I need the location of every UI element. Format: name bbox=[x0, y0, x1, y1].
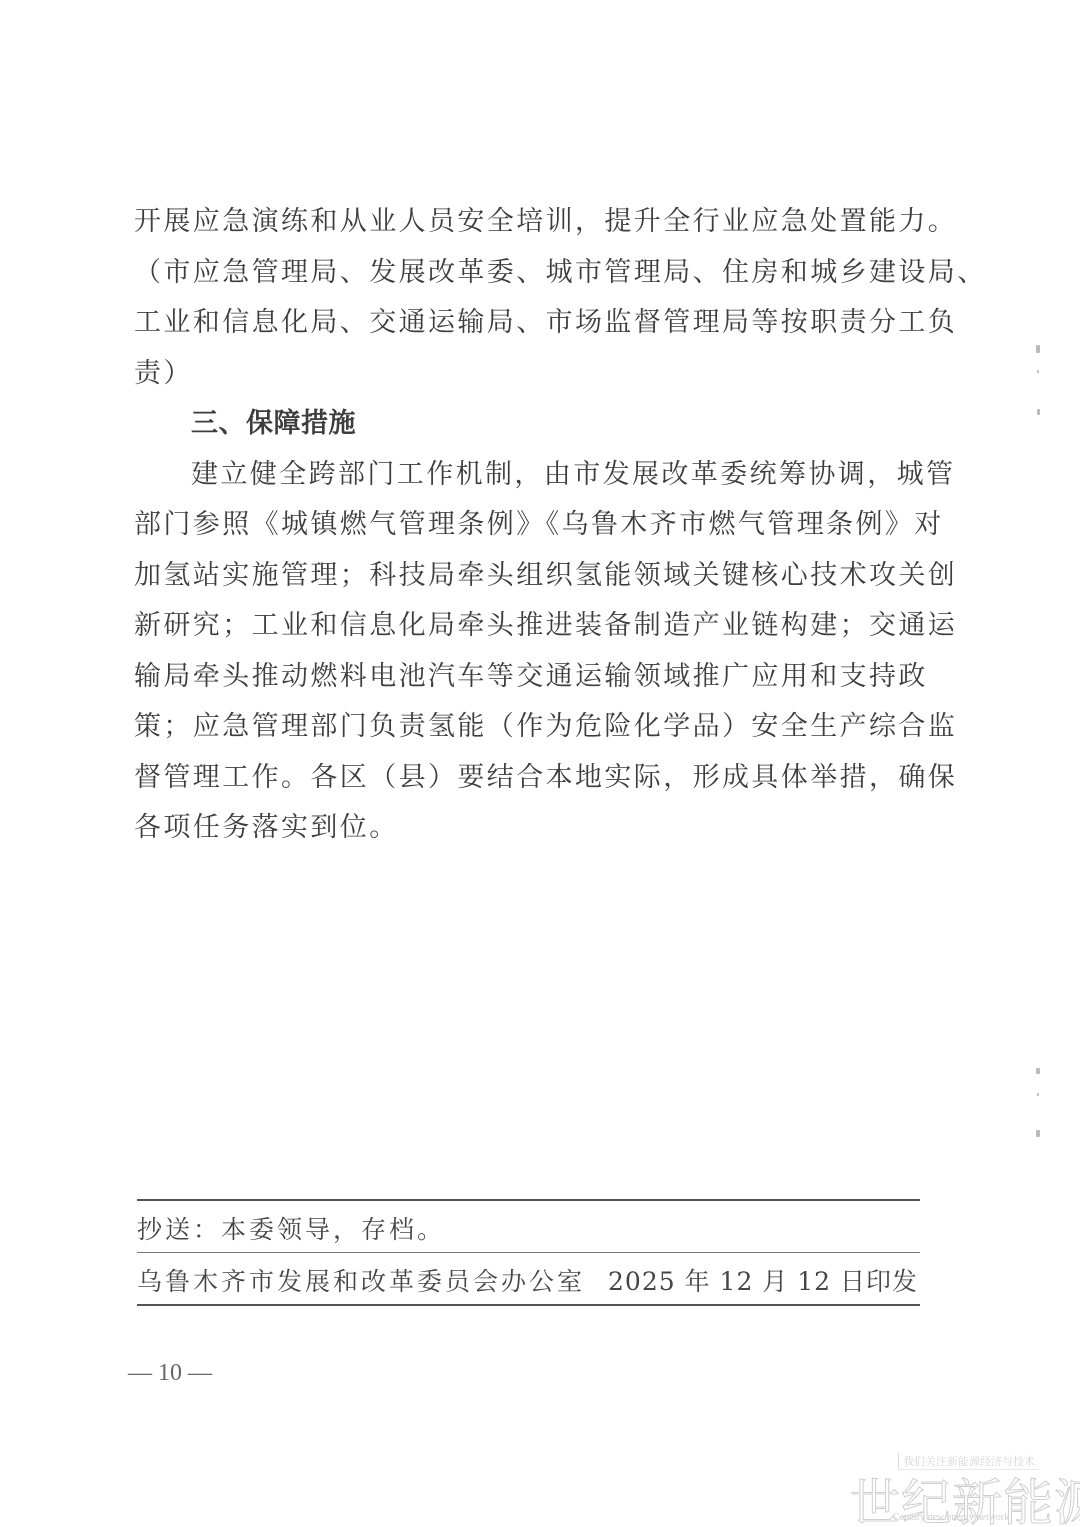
scan-speck bbox=[1036, 1130, 1040, 1137]
page-number: — 10 — bbox=[128, 1360, 212, 1387]
scan-speck bbox=[1036, 1068, 1040, 1074]
text-line: 新研究；工业和信息化局牵头推进装备制造产业链构建；交通运 bbox=[134, 601, 930, 652]
section-heading: 三、保障措施 bbox=[134, 399, 930, 450]
watermark-english: Century new energy network bbox=[893, 1512, 1009, 1523]
text-line: 各项任务落实到位。 bbox=[134, 803, 930, 854]
footer-top-rule bbox=[137, 1199, 920, 1201]
text-line: 工业和信息化局、交通运输局、市场监督管理局等按职责分工负 bbox=[134, 298, 930, 349]
text-line: 开展应急演练和从业人员安全培训，提升全行业应急处置能力。 bbox=[134, 197, 930, 248]
text-line: 部门参照《城镇燃气管理条例》《乌鲁木齐市燃气管理条例》对 bbox=[134, 500, 930, 551]
continuation-paragraph: 开展应急演练和从业人员安全培训，提升全行业应急处置能力。 （市应急管理局、发展改… bbox=[134, 197, 930, 854]
scan-speck bbox=[1037, 409, 1040, 415]
text-line: 责） bbox=[134, 349, 930, 400]
text-line: 建立健全跨部门工作机制，由市发展改革委统筹协调，城管 bbox=[134, 450, 930, 501]
text-line: 加氢站实施管理；科技局牵头组织氢能领域关键核心技术攻关创 bbox=[134, 551, 930, 602]
issuing-office: 乌鲁木齐市发展和改革委员会办公室 bbox=[137, 1262, 585, 1298]
text-line: 输局牵头推动燃料电池汽车等交通运输领域推广应用和支持政 bbox=[134, 652, 930, 703]
text-line: 策；应急管理部门负责氢能（作为危险化学品）安全生产综合监 bbox=[134, 702, 930, 753]
issue-date: 2025 年 12 月 12 日印发 bbox=[608, 1262, 918, 1298]
scan-speck bbox=[1037, 1093, 1039, 1096]
footer-bottom-rule bbox=[137, 1304, 920, 1306]
text-line: （市应急管理局、发展改革委、城市管理局、住房和城乡建设局、 bbox=[134, 248, 930, 299]
scan-speck bbox=[1037, 370, 1039, 373]
footer-middle-rule bbox=[137, 1252, 920, 1253]
text-line: 督管理工作。各区（县）要结合本地实际，形成具体举措，确保 bbox=[134, 753, 930, 804]
cc-line: 抄送：本委领导，存档。 bbox=[137, 1210, 445, 1246]
document-page: 开展应急演练和从业人员安全培训，提升全行业应急处置能力。 （市应急管理局、发展改… bbox=[0, 0, 1080, 1527]
scan-speck bbox=[1036, 345, 1040, 353]
